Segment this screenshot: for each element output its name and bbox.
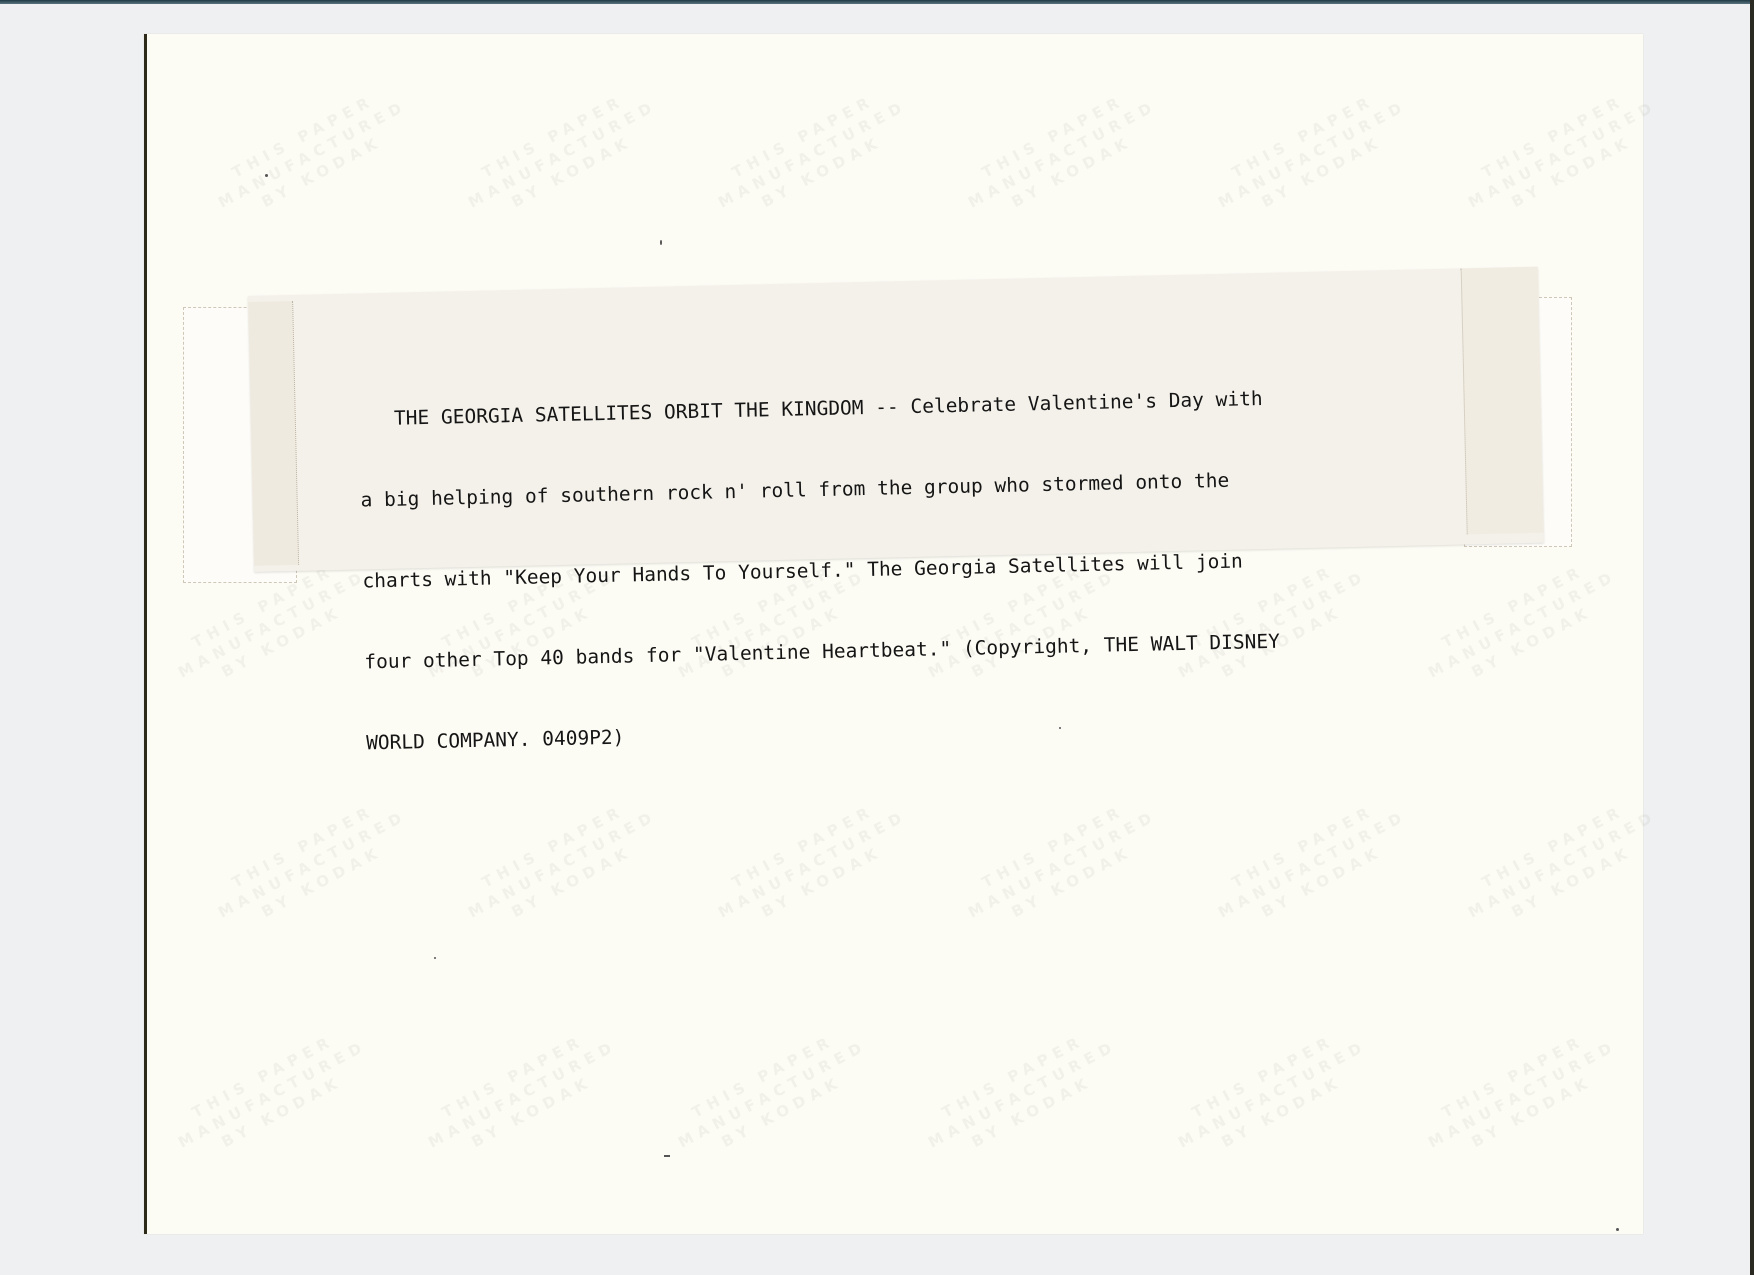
caption-line: THE GEORGIA SATELLITES ORBIT THE KINGDOM… <box>359 383 1359 433</box>
caption-line: four other Top 40 bands for "Valentine H… <box>364 626 1364 676</box>
kodak-watermark: THIS PAPERMANUFACTUREDBY KODAK <box>1415 1018 1630 1170</box>
caption-strip-left-end <box>248 301 299 566</box>
caption-text: THE GEORGIA SATELLITES ORBIT THE KINGDOM… <box>357 329 1367 811</box>
kodak-watermark: THIS PAPERMANUFACTUREDBY KODAK <box>955 788 1170 940</box>
caption-strip: THE GEORGIA SATELLITES ORBIT THE KINGDOM… <box>248 267 1544 572</box>
kodak-watermark: THIS PAPERMANUFACTUREDBY KODAK <box>1455 788 1670 940</box>
caption-line: a big helping of southern rock n' roll f… <box>360 464 1360 514</box>
kodak-watermark: THIS PAPERMANUFACTUREDBY KODAK <box>455 788 670 940</box>
kodak-watermark: THIS PAPERMANUFACTUREDBY KODAK <box>1205 78 1420 230</box>
caption-strip-right-end <box>1461 267 1544 535</box>
kodak-watermark: THIS PAPERMANUFACTUREDBY KODAK <box>205 78 420 230</box>
kodak-watermark: THIS PAPERMANUFACTUREDBY KODAK <box>1205 788 1420 940</box>
kodak-watermark: THIS PAPERMANUFACTUREDBY KODAK <box>415 1018 630 1170</box>
kodak-watermark: THIS PAPERMANUFACTUREDBY KODAK <box>455 78 670 230</box>
dust-speck <box>1616 1228 1619 1231</box>
dust-speck <box>664 1155 670 1157</box>
kodak-watermark: THIS PAPERMANUFACTUREDBY KODAK <box>1415 548 1630 700</box>
dust-speck <box>265 174 268 177</box>
kodak-watermark: THIS PAPERMANUFACTUREDBY KODAK <box>665 1018 880 1170</box>
kodak-watermark: THIS PAPERMANUFACTUREDBY KODAK <box>705 78 920 230</box>
kodak-watermark: THIS PAPERMANUFACTUREDBY KODAK <box>165 1018 380 1170</box>
kodak-watermark: THIS PAPERMANUFACTUREDBY KODAK <box>955 78 1170 230</box>
scanner-right-edge <box>1750 0 1754 1275</box>
dust-speck <box>660 240 662 245</box>
caption-line: WORLD COMPANY. 0409P2) <box>366 707 1366 757</box>
dust-speck <box>434 957 436 959</box>
kodak-watermark: THIS PAPERMANUFACTUREDBY KODAK <box>915 1018 1130 1170</box>
caption-line: charts with "Keep Your Hands To Yourself… <box>362 545 1362 595</box>
scanner-top-edge <box>0 0 1754 4</box>
dust-speck <box>1059 727 1061 729</box>
kodak-watermark: THIS PAPERMANUFACTUREDBY KODAK <box>1455 78 1670 230</box>
kodak-watermark: THIS PAPERMANUFACTUREDBY KODAK <box>705 788 920 940</box>
kodak-watermark: THIS PAPERMANUFACTUREDBY KODAK <box>1165 1018 1380 1170</box>
kodak-watermark: THIS PAPERMANUFACTUREDBY KODAK <box>205 788 420 940</box>
